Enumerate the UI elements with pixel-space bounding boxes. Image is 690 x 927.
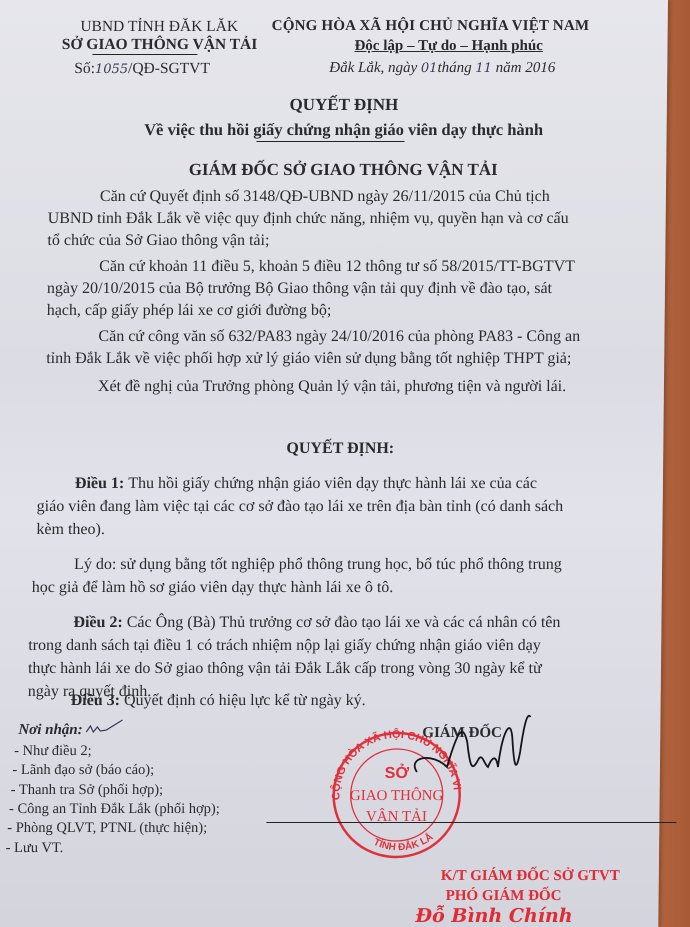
article-label: Điều 1: [75,475,129,492]
number-handwritten: 1055 [95,62,128,77]
preamble-line: Căn cứ khoản 11 điều 5, khoản 5 điều 12 … [99,256,575,278]
issuer-heading: GIÁM ĐỐC SỞ GIAO THÔNG VẬN TẢI [0,160,688,180]
decision-heading: QUYẾT ĐỊNH: [0,440,685,458]
recipients-heading: Nơi nhận: [18,722,83,739]
recipient-item: - Như điều 2; [14,743,92,760]
department-name: SỞ GIAO THÔNG VẬN TẢI [54,36,264,54]
line-text: tổ chức của Sở Giao thông vận tải; [47,232,269,249]
recipient-item: - Thanh tra Sở (phối hợp); [11,782,164,799]
preamble-line: tổ chức của Sở Giao thông vận tải; [47,230,269,252]
preamble-line: tỉnh Đắk Lắk về việc phối hợp xử lý giáo… [46,348,571,370]
signature-position: PHÓ GIÁM ĐỐC [446,888,562,905]
article-line: kèm theo). [36,519,105,541]
recipient-item: - Lưu VT. [6,840,64,857]
line-text: ngày 20/10/2015 của Bộ trưởng Bộ Giao th… [47,280,552,297]
preamble-line: hạch, cấp giấy phép lái xe cơ giới đường… [47,300,332,322]
svg-text:SỞ: SỞ [385,763,410,782]
recipient-item: - Lãnh đạo sở (báo cáo); [12,762,154,779]
line-text: Căn cứ công văn số 632/PA83 ngày 24/10/2… [98,328,580,345]
article-line: giáo viên đang làm việc tại các cơ sở đà… [37,496,564,518]
line-text: Thu hồi giấy chứng nhận giáo viên dạy th… [128,475,537,492]
line-text: Các Ông (Bà) Thủ trưởng cơ sở đào tạo lá… [127,614,561,631]
issuing-authority: UBND TỈNH ĐĂK LĂK [72,18,247,36]
article-line: trong danh sách tại điều 1 có trách nhiệ… [28,635,541,657]
month-label: tháng [437,60,471,76]
preamble-line: Căn cứ Quyết định số 3148/QĐ-UBND ngày 2… [100,186,550,208]
article-line: học giả để làm hồ sơ giáo viên dạy thực … [32,577,394,599]
line-text: Xét đề nghị của Trưởng phòng Quản lý vận… [98,378,566,395]
issue-date: Đắk Lắk, ngày 01tháng 11 năm 2016 [329,60,555,77]
signature-on-behalf: K/T GIÁM ĐỐC SỞ GTVT [441,868,620,885]
article-label: Điều 3: [71,692,125,709]
line-text: tỉnh Đắk Lắk về việc phối hợp xử lý giáo… [46,350,571,367]
number-suffix: /QĐ-SGTVT [128,60,210,77]
signature-rule [266,822,676,823]
subject-underline [257,141,405,142]
line-text: Lý do: sử dụng bằng tốt nghiệp phổ thông… [74,556,562,573]
line-text: thực hành lái xe do Sở giao thông vận tả… [28,660,542,677]
line-text: hạch, cấp giấy phép lái xe cơ giới đường… [47,302,332,319]
article-line: Điều 1: Thu hồi giấy chứng nhận giáo viê… [75,473,537,495]
document-number: Số:1055/QĐ-SGTVT [74,60,210,78]
document-title: QUYẾT ĐỊNH [0,95,689,115]
line-text: Quyết định có hiệu lực kể từ ngày ký. [124,692,366,709]
line-text: trong danh sách tại điều 1 có trách nhiệ… [28,637,541,654]
country-name: CỘNG HÒA XÃ HỘI CHỦ NGHĨA VIỆT NAM [272,18,590,35]
line-text: kèm theo). [36,521,105,538]
preamble-line: Xét đề nghị của Trưởng phòng Quản lý vận… [98,376,566,398]
article-line: Điều 3: Quyết định có hiệu lực kể từ ngà… [71,690,366,712]
line-text: Căn cứ Quyết định số 3148/QĐ-UBND ngày 2… [100,188,550,205]
preamble-line: Căn cứ công văn số 632/PA83 ngày 24/10/2… [98,326,580,348]
date-prefix: Đắk Lắk, ngày [329,60,417,76]
article-line: Lý do: sử dụng bằng tốt nghiệp phổ thông… [74,554,562,576]
checkmark-icon [84,718,124,738]
article-line: Điều 2: Các Ông (Bà) Thủ trưởng cơ sở đà… [73,612,560,634]
national-motto: Độc lập – Tự do – Hạnh phúc [354,38,543,55]
line-text: Căn cứ khoản 11 điều 5, khoản 5 điều 12 … [99,258,575,275]
day-handwritten: 01 [421,61,438,76]
document-page: UBND TỈNH ĐĂK LĂK SỞ GIAO THÔNG VẬN TẢI … [0,0,668,927]
article-label: Điều 2: [73,614,127,631]
month-handwritten: 11 [475,61,492,76]
line-text: UBND tỉnh Đắk Lắk về việc quy định chức … [48,210,569,227]
department-underline [92,54,197,55]
recipient-item: - Phòng QLVT, PTNL (thực hiện); [7,820,207,837]
line-text: học giả để làm hồ sơ giáo viên dạy thực … [32,579,394,596]
handwritten-signature [412,712,543,792]
preamble-line: UBND tỉnh Đắk Lắk về việc quy định chức … [48,208,569,230]
preamble-line: ngày 20/10/2015 của Bộ trưởng Bộ Giao th… [47,278,552,300]
year-text: năm 2016 [496,60,556,76]
article-line: thực hành lái xe do Sở giao thông vận tả… [28,658,542,680]
document-subject: Về việc thu hồi giấy chứng nhận giáo viê… [0,120,689,140]
signatory-name: Đỗ Bình Chính [415,905,572,927]
line-text: giáo viên đang làm việc tại các cơ sở đà… [37,498,564,515]
number-label: Số: [74,60,95,77]
recipient-item: - Công an Tỉnh Đắk Lắk (phối hợp); [9,801,220,818]
